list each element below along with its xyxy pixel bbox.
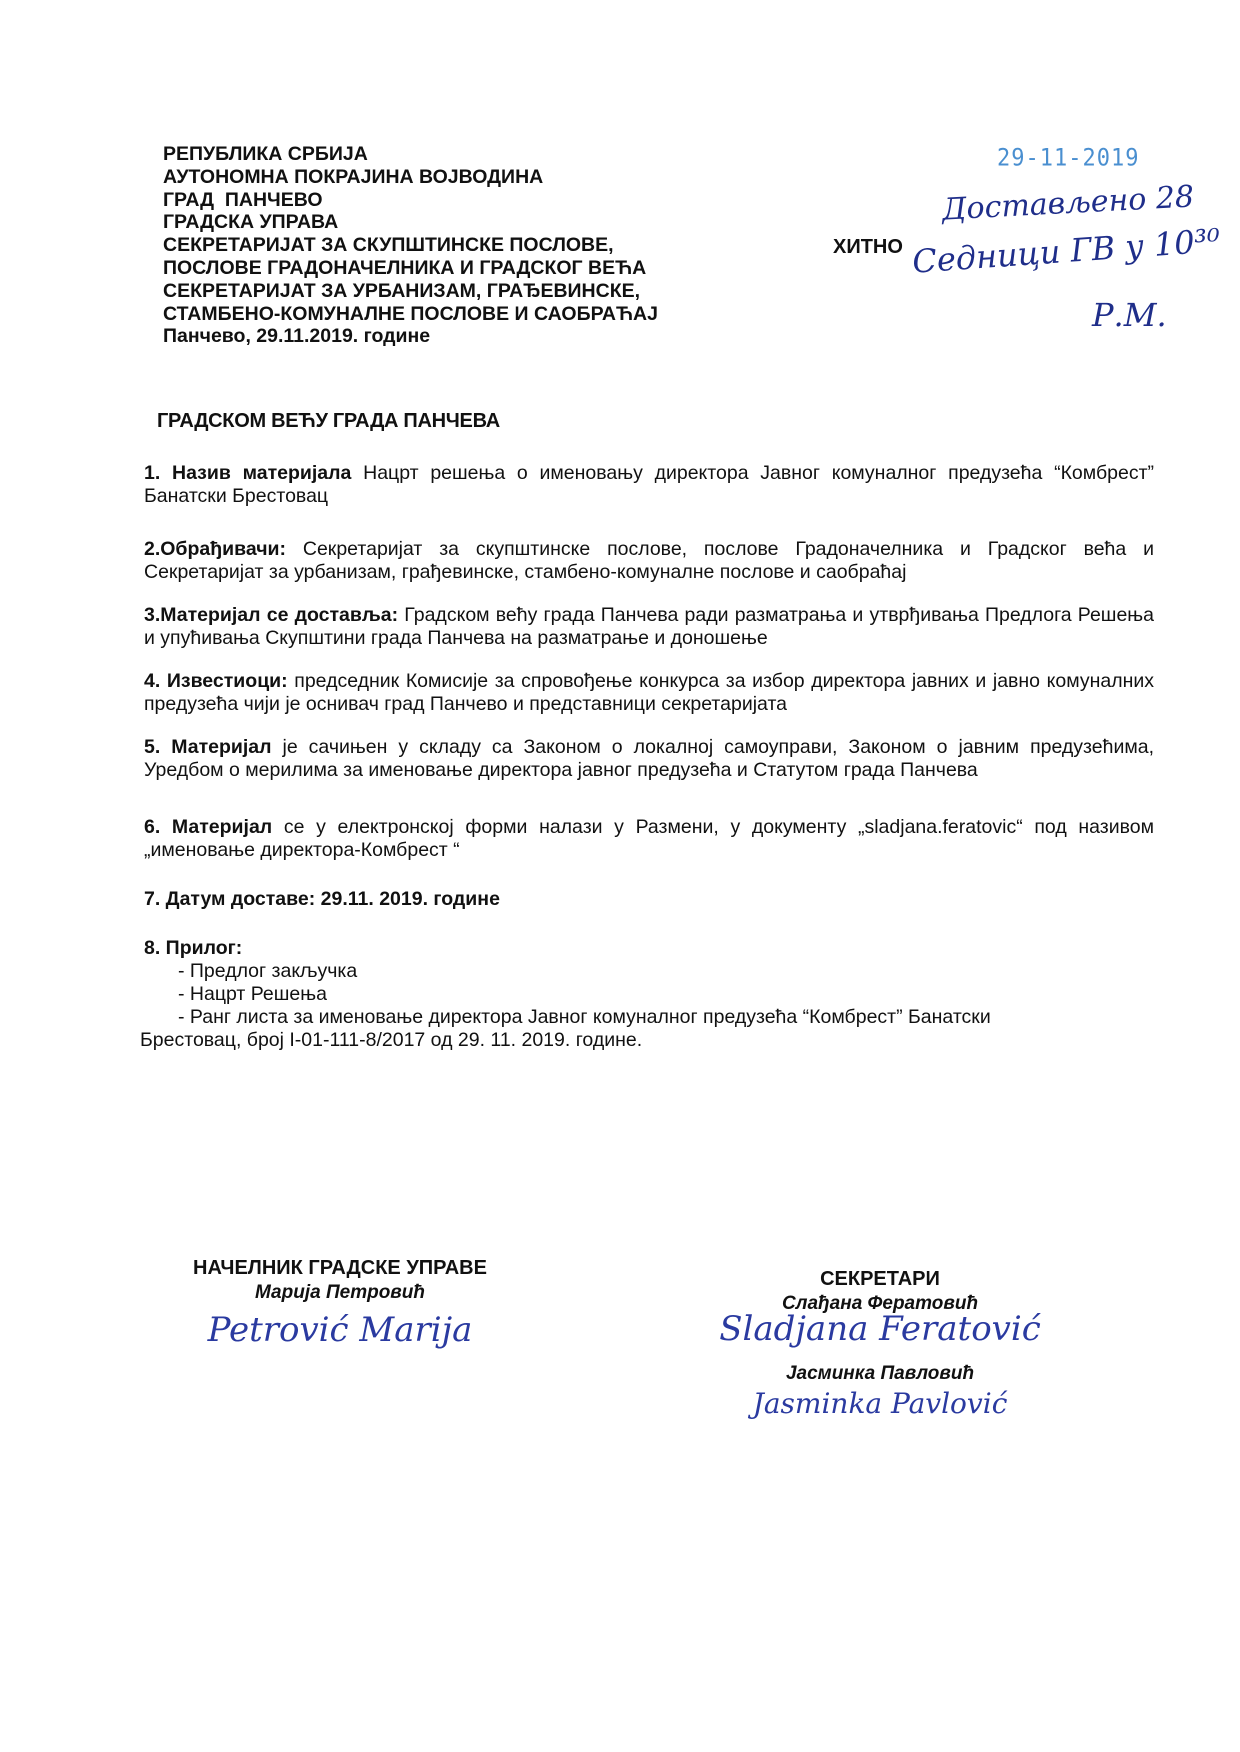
header-line: ПОСЛОВЕ ГРАДОНАЧЕЛНИКА И ГРАДСКОГ ВЕЋА bbox=[163, 257, 658, 280]
urgent-label: ХИТНО bbox=[833, 236, 903, 259]
item-delivered-to: 3.Материјал се доставља: Градском већу г… bbox=[144, 604, 1154, 650]
signatory-name: Марија Петровић bbox=[165, 1282, 515, 1304]
item-label: 5. Материјал bbox=[144, 736, 272, 758]
item-text: председник Комисије за спровођење конкур… bbox=[144, 670, 1154, 715]
handwritten-note-line: Седници ГВ у 10³⁰ bbox=[911, 221, 1221, 280]
header-line: ГРАД ПАНЧЕВО bbox=[163, 189, 658, 212]
signatory-title: НАЧЕЛНИК ГРАДСКЕ УПРАВЕ bbox=[165, 1257, 515, 1280]
header-line: СЕКРЕТАРИЈАТ ЗА СКУПШТИНСКЕ ПОСЛОВЕ, bbox=[163, 234, 658, 257]
item-authors: 2.Обрађивачи: Секретаријат за скупштинск… bbox=[144, 538, 1154, 584]
item-label: 7. Датум доставе: 29.11. 2019. године bbox=[144, 888, 500, 910]
handwritten-initials: Р.М. bbox=[1092, 296, 1167, 334]
signature-block-secretaries: СЕКРЕТАРИ Слађана Фератовић Sladjana Fer… bbox=[700, 1268, 1060, 1420]
item-legal-basis: 5. Материјал је сачињен у складу са Зако… bbox=[144, 736, 1154, 782]
item-attachments: 8. Прилог: - Предлог закључка - Нацрт Ре… bbox=[144, 937, 1154, 1052]
attachment-entry: - Нацрт Решења bbox=[144, 983, 1154, 1006]
handwritten-note-line: Достављено 28 bbox=[941, 179, 1195, 227]
item-label: 1. Назив материјала bbox=[144, 462, 351, 484]
header-line: СТАМБЕНО-КОМУНАЛНЕ ПОСЛОВЕ И САОБРАЋАЈ bbox=[163, 303, 658, 326]
item-electronic-form: 6. Материјал се у електронској форми нал… bbox=[144, 816, 1154, 862]
item-label: 6. Материјал bbox=[144, 816, 272, 838]
item-label: 3.Материјал се доставља: bbox=[144, 604, 398, 626]
item-label: 4. Известиоци: bbox=[144, 670, 288, 692]
signatory-title: СЕКРЕТАРИ bbox=[700, 1268, 1060, 1291]
handwritten-signature: Sladjana Feratović bbox=[700, 1309, 1060, 1349]
item-material-title: 1. Назив материјала Нацрт решења о имено… bbox=[144, 462, 1154, 508]
header-line: АУТОНОМНА ПОКРАЈИНА ВОЈВОДИНА bbox=[163, 166, 658, 189]
attachment-entry-continuation: Брестовац, број I-01-111-8/2017 од 29. 1… bbox=[140, 1029, 1154, 1052]
issuer-header: РЕПУБЛИКА СРБИЈА АУТОНОМНА ПОКРАЈИНА ВОЈ… bbox=[163, 143, 658, 348]
item-label: 2.Обрађивачи: bbox=[144, 538, 286, 560]
signature-block-head-of-administration: НАЧЕЛНИК ГРАДСКЕ УПРАВЕ Марија Петровић … bbox=[165, 1257, 515, 1350]
header-line: РЕПУБЛИКА СРБИЈА bbox=[163, 143, 658, 166]
header-date: Панчево, 29.11.2019. године bbox=[163, 325, 658, 348]
attachments-label: 8. Прилог: bbox=[144, 937, 242, 959]
item-delivery-date: 7. Датум доставе: 29.11. 2019. године bbox=[144, 888, 1154, 911]
attachment-entry: - Предлог закључка bbox=[144, 960, 1154, 983]
received-date-stamp: 29-11-2019 bbox=[997, 145, 1139, 173]
item-text: је сачињен у складу са Законом о локално… bbox=[144, 736, 1154, 781]
document-body: 1. Назив материјала Нацрт решења о имено… bbox=[144, 462, 1154, 1052]
item-text: Секретаријат за скупштинске послове, пос… bbox=[144, 538, 1154, 583]
header-line: СЕКРЕТАРИЈАТ ЗА УРБАНИЗАМ, ГРАЂЕВИНСКЕ, bbox=[163, 280, 658, 303]
attachment-entry: - Ранг листа за именовање директора Јавн… bbox=[144, 1006, 1154, 1029]
handwritten-signature: Petrović Marija bbox=[165, 1310, 515, 1350]
item-text: се у електронској форми налази у Размени… bbox=[144, 816, 1154, 861]
item-rapporteurs: 4. Известиоци: председник Комисије за сп… bbox=[144, 670, 1154, 716]
handwritten-signature: Jasminka Pavlović bbox=[700, 1387, 1060, 1420]
recipient-heading: ГРАДСКОМ ВЕЋУ ГРАДА ПАНЧЕВА bbox=[157, 410, 500, 433]
signatory-name: Јасминка Павловић bbox=[700, 1363, 1060, 1385]
header-line: ГРАДСКА УПРАВА bbox=[163, 211, 658, 234]
